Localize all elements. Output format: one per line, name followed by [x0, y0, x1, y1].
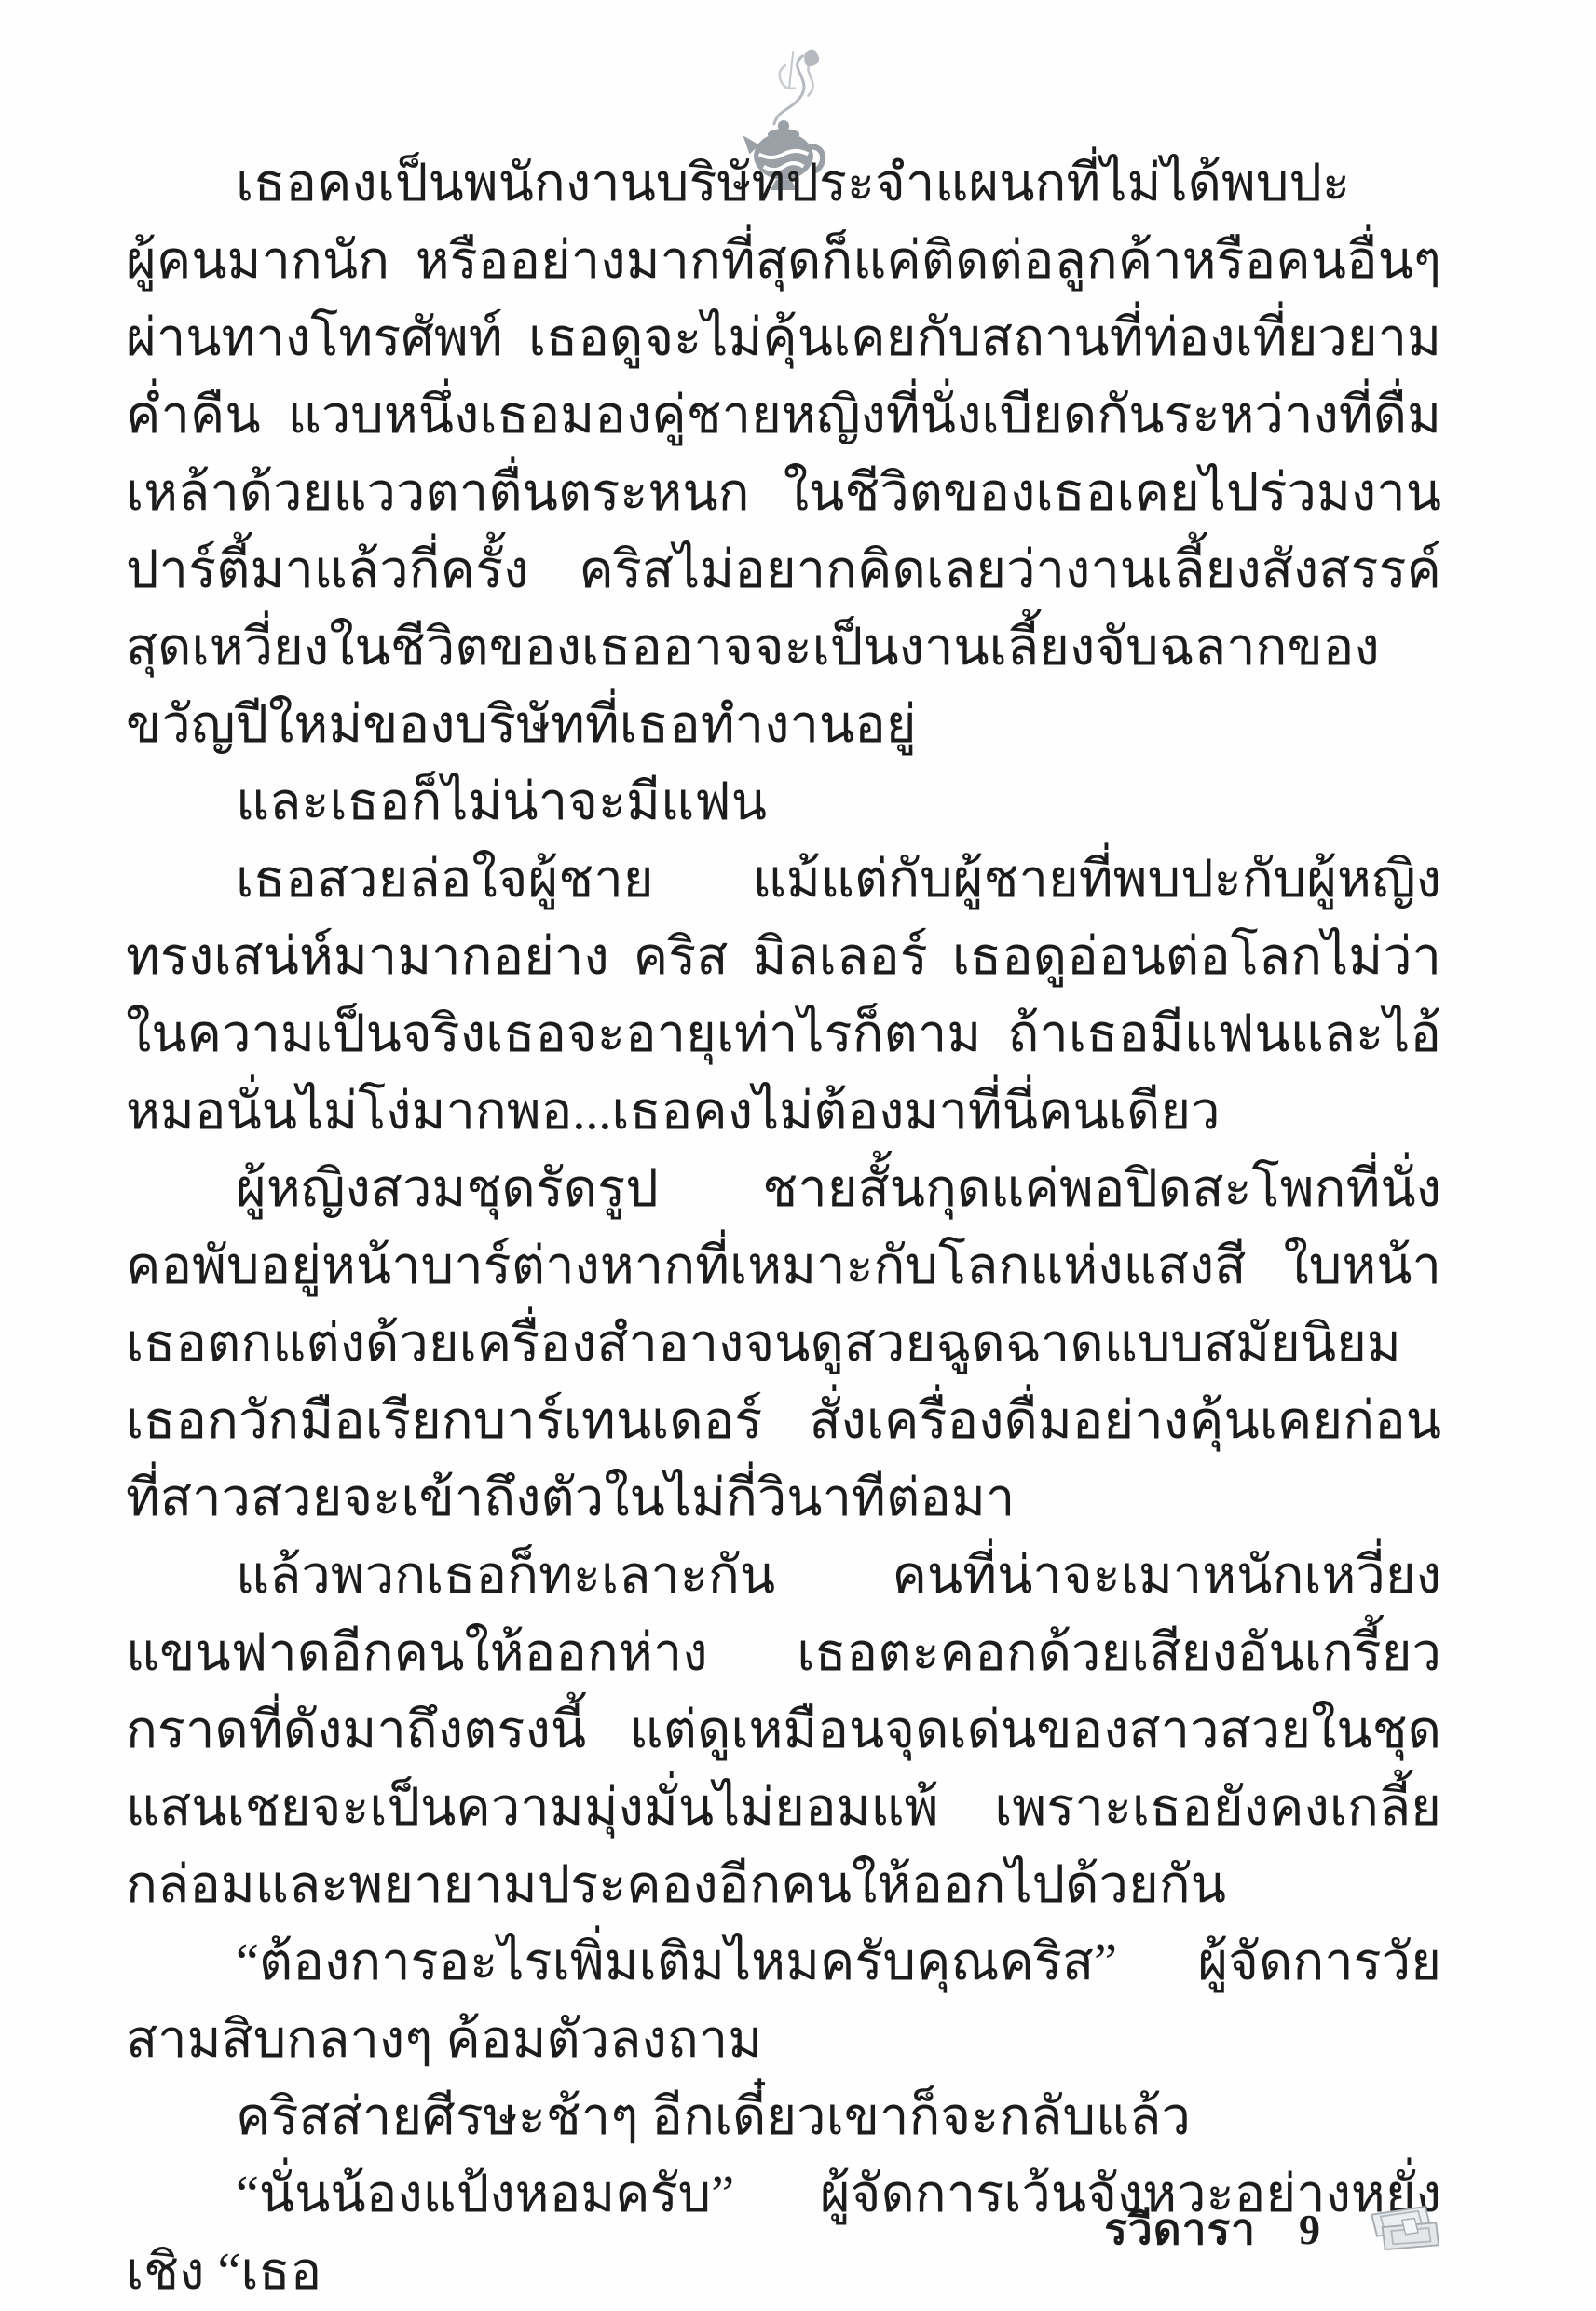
- book-page: เธอคงเป็นพนักงานบริษัทประจำแผนกที่ไม่ได้…: [0, 0, 1596, 2311]
- paragraph-6: “ต้องการอะไรเพิ่มเติมไหมครับคุณคริส” ผู้…: [126, 1924, 1441, 2079]
- page-footer: รวีดารา 9: [1104, 2199, 1441, 2259]
- paragraph-2: และเธอก็ไม่น่าจะมีแฟน: [126, 764, 1441, 841]
- paragraph-7: คริสส่ายศีรษะช้าๆ อีกเดี๋ยวเขาก็จะกลับแล…: [126, 2079, 1441, 2156]
- running-title: รวีดารา: [1104, 2195, 1256, 2263]
- banknote-ornament-icon: [1356, 2202, 1441, 2256]
- paragraph-3: เธอสวยล่อใจผู้ชาย แม้แต่กับผู้ชายที่พบปะ…: [126, 841, 1441, 1151]
- paragraph-1: เธอคงเป็นพนักงานบริษัทประจำแผนกที่ไม่ได้…: [126, 145, 1441, 764]
- paragraph-5: แล้วพวกเธอก็ทะเลาะกัน คนที่น่าจะเมาหนักเ…: [126, 1538, 1441, 1924]
- page-body: เธอคงเป็นพนักงานบริษัทประจำแผนกที่ไม่ได้…: [126, 145, 1441, 2311]
- paragraph-4: ผู้หญิงสวมชุดรัดรูป ชายสั้นกุดแค่พอปิดสะ…: [126, 1151, 1441, 1538]
- page-number: 9: [1299, 2205, 1320, 2254]
